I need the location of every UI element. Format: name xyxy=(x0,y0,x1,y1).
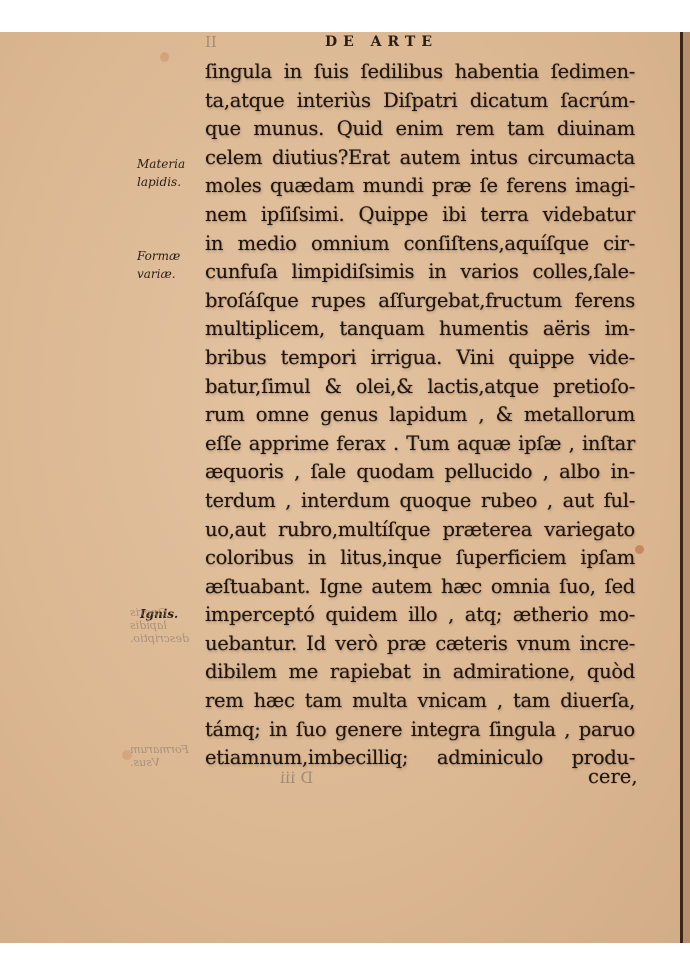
text-line: támq; in ſuo genere integra ſingula , pa… xyxy=(205,716,635,745)
body-text: ſingula in ſuis ſedilibus habentia ſedim… xyxy=(205,58,635,773)
text-line: bribus tempori irrigua. Vini quippe vide… xyxy=(205,344,635,373)
text-line: æquoris , ſale quodam pellucido , albo i… xyxy=(205,458,635,487)
stain-spot xyxy=(635,545,644,554)
text-line: batur,ſimul & olei,& lactis,atque pretio… xyxy=(205,373,635,402)
text-line: ta,atque interiùs Diſpatri dicatum ſacrú… xyxy=(205,87,635,116)
catchword: cere, xyxy=(588,765,638,788)
bleed-through-note: Formarum Vsus. xyxy=(130,743,200,769)
folio-number: II xyxy=(205,33,217,51)
adjacent-page-edge xyxy=(683,32,690,943)
margin-note-line: variæ. xyxy=(137,267,207,281)
bleed-line: descriptio. xyxy=(130,632,200,645)
text-line: broſáſque rupes aſſurgebat,fructum feren… xyxy=(205,287,635,316)
page-header: II DE ARTE xyxy=(0,33,683,57)
running-head: DE ARTE xyxy=(325,34,438,50)
text-line: æſtuabant. Igne autem hæc omnia ſuo, ſed xyxy=(205,573,635,602)
text-line: in medio omnium conſiſtens,aquíſque cir- xyxy=(205,230,635,259)
margin-note-materia: Materia lapidis. xyxy=(137,157,207,189)
bleed-line: lapidis xyxy=(130,619,200,632)
text-line: que munus. Quid enim rem tam diuinam xyxy=(205,115,635,144)
text-line: coloribus in litus,inque ſuperficiem ipſ… xyxy=(205,544,635,573)
text-line: cunfuſa limpidiſsimis in varios colles,ſ… xyxy=(205,258,635,287)
bleed-line: Operis xyxy=(130,606,200,619)
text-line: moles quædam mundi præ ſe ferens imagi- xyxy=(205,172,635,201)
bleed-line: Vsus. xyxy=(130,756,200,769)
text-line: eſſe apprime ferax . Tum aquæ ipſæ , inſ… xyxy=(205,430,635,459)
margin-note-formae: Formæ variæ. xyxy=(137,249,207,281)
text-line: uebantur. Id verò præ cæteris vnum incre… xyxy=(205,630,635,659)
bleed-through-note: Operis lapidis descriptio. xyxy=(130,606,200,645)
text-line: etiamnum,imbecilliq; adminiculo produ- xyxy=(205,744,635,773)
text-line: rum omne genus lapidum , & metallorum xyxy=(205,401,635,430)
text-line: nem ipſiſsimi. Quippe ibi terra videbatu… xyxy=(205,201,635,230)
text-line: dibilem me rapiebat in admiratione, quòd xyxy=(205,658,635,687)
text-line: ſingula in ſuis ſedilibus habentia ſedim… xyxy=(205,58,635,87)
margin-note-line: Formæ xyxy=(137,249,207,263)
text-line: imperceptó quidem illo , atq; ætherio mo… xyxy=(205,601,635,630)
signature-mark-bleed: D iii xyxy=(280,768,313,787)
margin-note-line: lapidis. xyxy=(137,175,207,189)
text-line: rem hæc tam multa vnicam , tam diuerſa, xyxy=(205,687,635,716)
text-line: celem diutius?Erat autem intus circumact… xyxy=(205,144,635,173)
bleed-line: Formarum xyxy=(130,743,200,756)
margin-note-line: Materia xyxy=(137,157,207,171)
text-line: uo,aut rubro,multíſque præterea variegat… xyxy=(205,516,635,545)
text-line: multiplicem, tanquam humentis aëris im- xyxy=(205,315,635,344)
text-line: terdum , interdum quoque rubeo , aut ful… xyxy=(205,487,635,516)
